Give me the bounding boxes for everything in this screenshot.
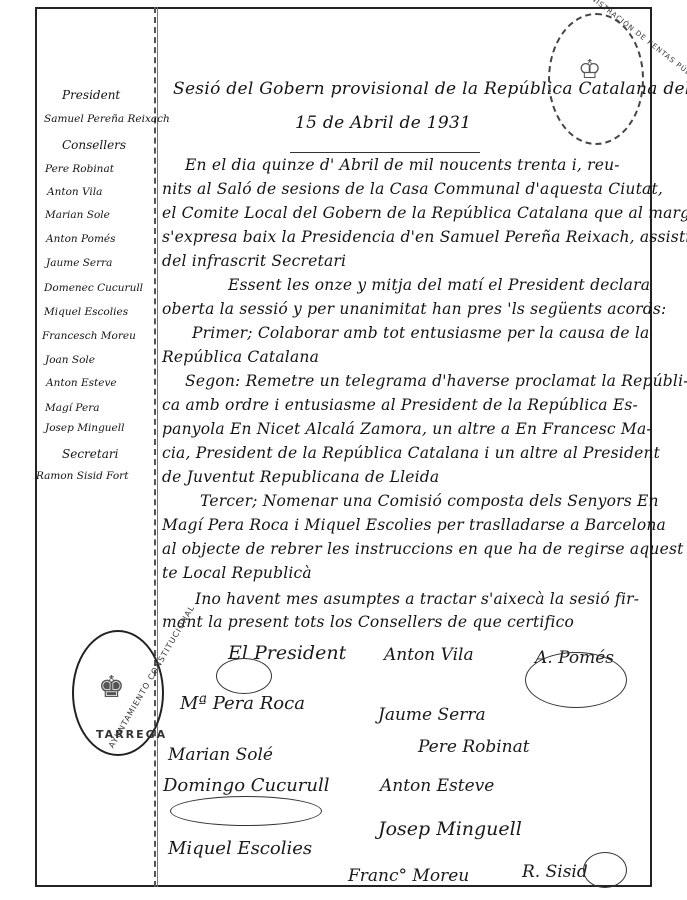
coat-of-arms-icon: ♔ [578,55,601,85]
signature-flourish [170,796,322,826]
councillor-name: Marian Sole [45,209,110,221]
signature: Jaume Serra [378,705,486,725]
session-date: 15 de Abril de 1931 [295,113,471,133]
councillor-name: Miquel Escolies [44,306,128,318]
body-line: cia, President de la República Catalana … [162,444,660,462]
councillor-name: Domenec Cucurull [44,282,143,294]
body-line: Tercer; Nomenar una Comisió composta del… [200,492,659,510]
body-line: mant la present tots los Consellers de q… [162,613,574,631]
body-line: de Juventut Republicana de Lleida [162,468,439,486]
margin-line-inner [157,7,158,887]
title-underline [290,152,480,153]
signature: Mª Pera Roca [180,693,305,714]
councillor-name: Magí Pera [45,402,100,414]
body-line: el Comite Local del Gobern de la Repúbli… [162,204,687,222]
councillor-name: Jaume Serra [46,257,112,269]
councillor-name: Josep Minguell [45,422,124,434]
president-heading: President [62,88,120,102]
body-line: Magí Pera Roca i Miquel Escolies per tra… [162,516,666,534]
president-name: Samuel Pereña Reixach [44,113,170,125]
signature: Pere Robinat [418,737,530,757]
signature: Domingo Cucurull [163,775,330,796]
signature: Miquel Escolies [168,838,312,859]
body-line: Primer; Colaborar amb tot entusiasme per… [192,324,649,342]
body-line: s'expresa baix la Presidencia d'en Samue… [162,228,687,246]
body-line: nits al Saló de sesions de la Casa Commu… [162,180,663,198]
eagle-crest-icon: ♚ [98,670,125,705]
signature: Anton Vila [384,645,474,665]
signature: R. Sisid [522,862,588,882]
body-line: te Local Republicà [162,564,312,582]
secretary-name: Ramon Sisid Fort [36,470,128,482]
councillor-name: Francesch Moreu [42,330,136,342]
body-line: ca amb ordre i entusiasme al President d… [162,396,638,414]
signature: Anton Esteve [380,776,494,796]
body-line: Ino havent mes asumptes a tractar s'aixe… [195,590,639,608]
town-hall-stamp-city: TARREGA [96,728,167,741]
signature-flourish [583,852,627,888]
signature: Marian Solé [168,745,273,765]
councillor-name: Anton Esteve [46,377,117,389]
secretary-heading: Secretari [62,447,118,461]
signature: Josep Minguell [378,818,522,840]
town-hall-stamp: AYUNTAMIENTO CONSTITUCIONAL ♚ TARREGA [72,630,164,756]
councillors-heading: Consellers [62,138,126,152]
body-line: del infrascrit Secretari [162,252,346,270]
body-line: En el dia quinze d' Abril de mil noucent… [185,156,620,174]
margin-line [154,7,156,887]
councillor-name: Anton Vila [47,186,102,198]
body-line: al objecte de rebrer les instruccions en… [162,540,687,558]
body-line: República Catalana [162,348,319,366]
signature: Franc° Moreu [348,866,469,886]
body-line: Segon: Remetre un telegrama d'haverse pr… [185,372,687,390]
councillor-name: Joan Sole [45,354,95,366]
councillor-name: Anton Pomés [46,233,116,245]
body-line: panyola En Nicet Alcalá Zamora, un altre… [162,420,652,438]
revenue-stamp: ADMINISTRACIÓN DE RENTAS PÚBLICAS ♔ [548,13,644,145]
body-line: oberta la sessió y per unanimitat han pr… [162,300,666,318]
body-line: Essent les onze y mitja del matí el Pres… [228,276,650,294]
councillor-name: Pere Robinat [45,163,114,175]
signature-flourish [525,652,627,708]
signature-flourish [216,658,272,694]
